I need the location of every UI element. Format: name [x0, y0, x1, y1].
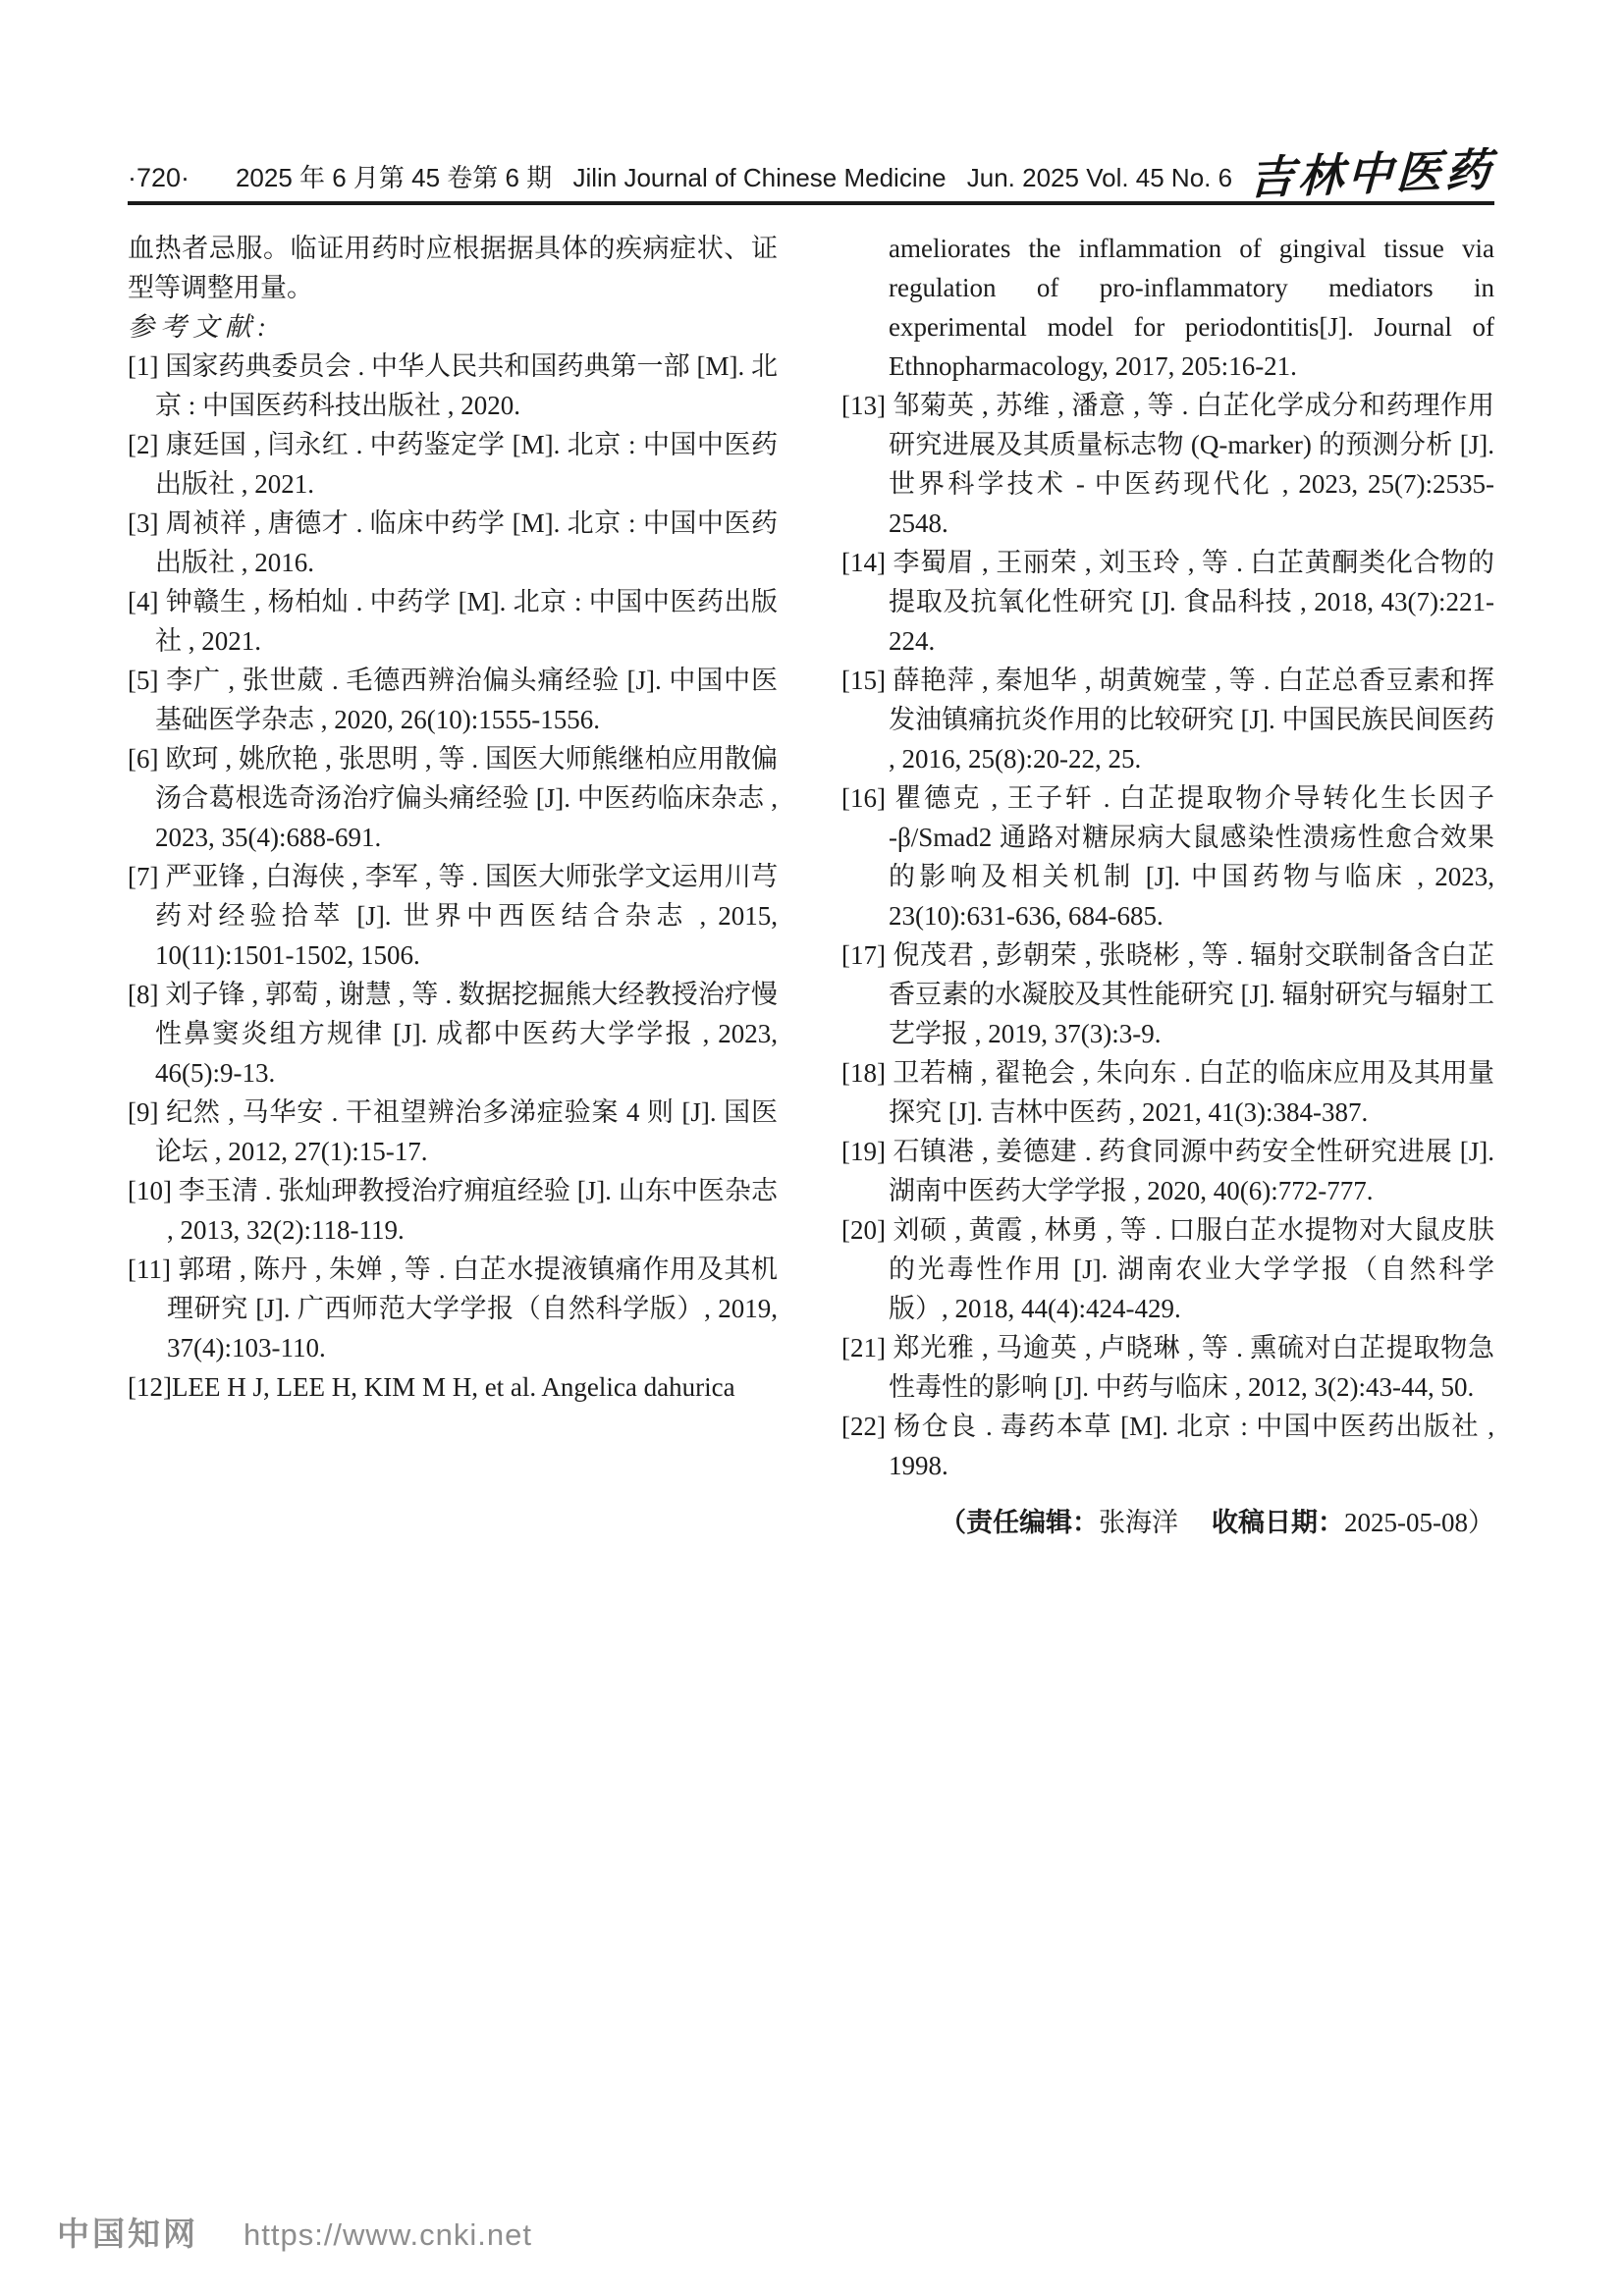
reference-label: [9] [128, 1097, 166, 1127]
reference-label: [19] [841, 1137, 893, 1166]
journal-logo-calligraphy: 吉林中医药 [1248, 147, 1495, 203]
reference-text: 纪然 , 马华安 . 干祖望辨治多涕症验案 4 则 [J]. 国医论坛 , 20… [155, 1097, 778, 1166]
reference-item: [8] 刘子锋 , 郭萄 , 谢慧 , 等 . 数据挖掘熊大经教授治疗慢性鼻窦炎… [128, 975, 778, 1093]
body-paragraph: 血热者忌服。临证用药时应根据据具体的疾病症状、证型等调整用量。 [128, 229, 778, 307]
reference-item: [6] 欧珂 , 姚欣艳 , 张思明 , 等 . 国医大师熊继柏应用散偏汤合葛根… [128, 739, 778, 857]
reference-item: [21] 郑光雅 , 马逾英 , 卢晓琳 , 等 . 熏硫对白芷提取物急性毒性的… [841, 1328, 1494, 1407]
reference-text: 康廷国 , 闫永红 . 中药鉴定学 [M]. 北京 : 中国中医药出版社 , 2… [155, 430, 778, 499]
reference-item: [1] 国家药典委员会 . 中华人民共和国药典第一部 [M]. 北京 : 中国医… [128, 347, 778, 425]
reference-label: [18] [841, 1058, 893, 1088]
reference-label: [22] [841, 1412, 893, 1441]
reference-item: [10] 李玉清 . 张灿玾教授治疗痈疽经验 [J]. 山东中医杂志 , 201… [128, 1171, 778, 1250]
reference-item: [22] 杨仓良 . 毒药本草 [M]. 北京 : 中国中医药出版社 , 199… [841, 1407, 1494, 1485]
reference-label: [21] [841, 1333, 893, 1362]
reference-item: [11] 郭珺 , 陈丹 , 朱婵 , 等 . 白芷水提液镇痛作用及其机理研究 … [128, 1250, 778, 1367]
journal-page: ·720· 2025 年 6 月第 45 卷第 6 期 Jilin Journa… [0, 0, 1624, 2296]
reference-text: 邹菊英 , 苏维 , 潘意 , 等 . 白芷化学成分和药理作用研究进展及其质量标… [889, 391, 1494, 538]
reference-text: 郑光雅 , 马逾英 , 卢晓琳 , 等 . 熏硫对白芷提取物急性毒性的影响 [J… [889, 1333, 1494, 1402]
reference-label: [5] [128, 666, 166, 695]
received-date-value: 2025-05-08） [1344, 1508, 1494, 1537]
references-heading: 参考文献: [128, 307, 778, 347]
reference-label: [4] [128, 587, 166, 616]
reference-text: 瞿德克 , 王子轩 . 白芷提取物介导转化生长因子 -β/Smad2 通路对糖尿… [889, 783, 1494, 931]
reference-text: 国家药典委员会 . 中华人民共和国药典第一部 [M]. 北京 : 中国医药科技出… [155, 351, 778, 420]
reference-label: [6] [128, 744, 165, 774]
reference-item: [2] 康廷国 , 闫永红 . 中药鉴定学 [M]. 北京 : 中国中医药出版社… [128, 425, 778, 504]
reference-label: [20] [841, 1215, 893, 1245]
right-column: ameliorates the inflammation of gingival… [841, 229, 1494, 1542]
reference-label: [15] [841, 666, 893, 695]
reference-label: [3] [128, 508, 166, 538]
reference-item: [9] 纪然 , 马华安 . 干祖望辨治多涕症验案 4 则 [J]. 国医论坛 … [128, 1093, 778, 1171]
reference-item: [14] 李蜀眉 , 王丽荣 , 刘玉玲 , 等 . 白芷黄酮类化合物的提取及抗… [841, 543, 1494, 661]
reference-text: 杨仓良 . 毒药本草 [M]. 北京 : 中国中医药出版社 , 1998. [889, 1412, 1494, 1480]
editor-note: （责任编辑：张海洋收稿日期：2025-05-08） [841, 1503, 1494, 1542]
reference-label: [13] [841, 391, 893, 420]
reference-text: 李蜀眉 , 王丽荣 , 刘玉玲 , 等 . 白芷黄酮类化合物的提取及抗氧化性研究… [889, 548, 1494, 656]
page-header: ·720· 2025 年 6 月第 45 卷第 6 期 Jilin Journa… [128, 147, 1494, 198]
editor-label: （责任编辑： [940, 1508, 1099, 1537]
reference-text: 刘子锋 , 郭萄 , 谢慧 , 等 . 数据挖掘熊大经教授治疗慢性鼻窦炎组方规律… [155, 980, 778, 1088]
reference-label: [12] [128, 1372, 172, 1402]
reference-text: 李玉清 . 张灿玾教授治疗痈疽经验 [J]. 山东中医杂志 , 2013, 32… [167, 1176, 778, 1245]
reference-label: [14] [841, 548, 893, 577]
reference-label: [2] [128, 430, 166, 459]
reference-item: [19] 石镇港 , 姜德建 . 药食同源中药安全性研究进展 [J]. 湖南中医… [841, 1132, 1494, 1210]
reference-label: [8] [128, 980, 165, 1009]
reference-text: 李广 , 张世葳 . 毛德西辨治偏头痛经验 [J]. 中国中医基础医学杂志 , … [155, 666, 778, 734]
left-column: 血热者忌服。临证用药时应根据据具体的疾病症状、证型等调整用量。 参考文献: [1… [128, 229, 778, 1407]
cnki-site-url: https://www.cnki.net [244, 2217, 532, 2253]
reference-label: [16] [841, 783, 894, 813]
reference-item: [7] 严亚锋 , 白海侠 , 李军 , 等 . 国医大师张学文运用川芎药对经验… [128, 857, 778, 975]
issue-info-en: Jun. 2025 Vol. 45 No. 6 [967, 163, 1232, 192]
issue-info: 2025 年 6 月第 45 卷第 6 期 Jilin Journal of C… [189, 163, 1249, 198]
reference-text: 钟赣生 , 杨柏灿 . 中药学 [M]. 北京 : 中国中医药出版社 , 202… [155, 587, 778, 656]
reference-text: 倪茂君 , 彭朝荣 , 张晓彬 , 等 . 辐射交联制备含白芷香豆素的水凝胶及其… [889, 940, 1494, 1048]
reference-item: [13] 邹菊英 , 苏维 , 潘意 , 等 . 白芷化学成分和药理作用研究进展… [841, 386, 1494, 543]
reference-text: 严亚锋 , 白海侠 , 李军 , 等 . 国医大师张学文运用川芎药对经验拾萃 [… [155, 862, 778, 970]
cnki-footer: 中国知网 https://www.cnki.net [57, 2209, 532, 2255]
received-date-label: 收稿日期： [1212, 1508, 1344, 1537]
reference-item: [4] 钟赣生 , 杨柏灿 . 中药学 [M]. 北京 : 中国中医药出版社 ,… [128, 582, 778, 661]
reference-label: [11] [128, 1255, 178, 1284]
reference-item: [15] 薛艳萍 , 秦旭华 , 胡黄婉莹 , 等 . 白芷总香豆素和挥发油镇痛… [841, 661, 1494, 778]
reference-item: [20] 刘硕 , 黄霞 , 林勇 , 等 . 口服白芷水提物对大鼠皮肤的光毒性… [841, 1210, 1494, 1328]
reference-label: [7] [128, 862, 165, 891]
reference-label: [10] [128, 1176, 179, 1205]
reference-text: LEE H J, LEE H, KIM M H, et al. Angelica… [172, 1372, 735, 1402]
reference-text: 郭珺 , 陈丹 , 朱婵 , 等 . 白芷水提液镇痛作用及其机理研究 [J]. … [167, 1255, 778, 1362]
reference-label: [17] [841, 940, 893, 970]
reference-12-continuation: ameliorates the inflammation of gingival… [841, 229, 1494, 386]
cnki-site-name: 中国知网 [57, 2209, 198, 2255]
reference-item: [5] 李广 , 张世葳 . 毛德西辨治偏头痛经验 [J]. 中国中医基础医学杂… [128, 661, 778, 739]
reference-item: [17] 倪茂君 , 彭朝荣 , 张晓彬 , 等 . 辐射交联制备含白芷香豆素的… [841, 935, 1494, 1053]
reference-item: [18] 卫若楠 , 翟艳会 , 朱向东 . 白芷的临床应用及其用量探究 [J]… [841, 1053, 1494, 1132]
journal-name-en: Jilin Journal of Chinese Medicine [572, 163, 946, 192]
reference-text: 周祯祥 , 唐德才 . 临床中药学 [M]. 北京 : 中国中医药出版社 , 2… [155, 508, 778, 577]
reference-text: 薛艳萍 , 秦旭华 , 胡黄婉莹 , 等 . 白芷总香豆素和挥发油镇痛抗炎作用的… [889, 666, 1494, 774]
reference-text: 欧珂 , 姚欣艳 , 张思明 , 等 . 国医大师熊继柏应用散偏汤合葛根选奇汤治… [155, 744, 778, 852]
reference-item: [16] 瞿德克 , 王子轩 . 白芷提取物介导转化生长因子 -β/Smad2 … [841, 778, 1494, 935]
page-number: ·720· [128, 163, 189, 198]
header-rule [128, 201, 1494, 205]
reference-item: [12]LEE H J, LEE H, KIM M H, et al. Ange… [128, 1367, 778, 1407]
reference-item: [3] 周祯祥 , 唐德才 . 临床中药学 [M]. 北京 : 中国中医药出版社… [128, 504, 778, 582]
reference-text: 刘硕 , 黄霞 , 林勇 , 等 . 口服白芷水提物对大鼠皮肤的光毒性作用 [J… [889, 1215, 1494, 1323]
editor-name: 张海洋 [1099, 1508, 1178, 1537]
reference-text: 石镇港 , 姜德建 . 药食同源中药安全性研究进展 [J]. 湖南中医药大学学报… [889, 1137, 1494, 1205]
issue-info-cn: 2025 年 6 月第 45 卷第 6 期 [236, 163, 552, 192]
reference-text: 卫若楠 , 翟艳会 , 朱向东 . 白芷的临床应用及其用量探究 [J]. 吉林中… [889, 1058, 1494, 1127]
reference-label: [1] [128, 351, 165, 381]
